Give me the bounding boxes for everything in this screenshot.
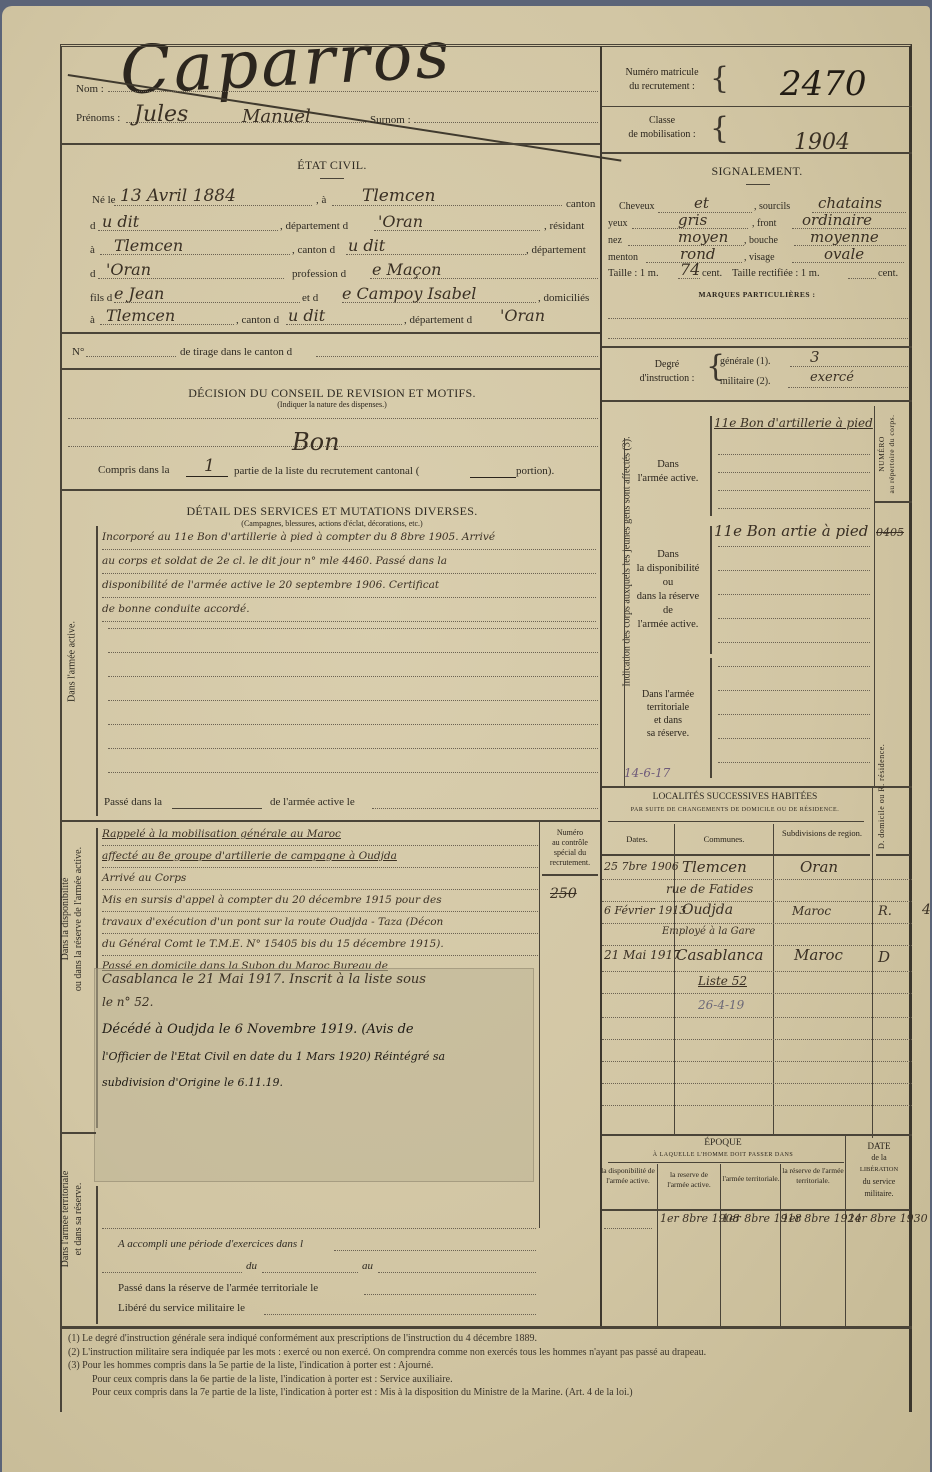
liberation-header-line: de la [848,1152,910,1164]
classe-label-line: Classe [606,114,718,128]
cheveux-value: et [694,194,709,212]
services-heading: DÉTAIL DES SERVICES ET MUTATIONS DIVERSE… [62,504,602,519]
deces-line: l'Officier de l'Etat Civil en date du 1 … [102,1044,532,1070]
domicilies-label: , domiciliés [538,292,589,304]
controle-header-line: spécial du [540,848,600,858]
localite-row: Liste 52 [602,972,912,994]
service-line: de bonne conduite accordé. [102,598,596,622]
militaire-label: militaire (2). [720,376,771,387]
profession-value: e Maçon [372,260,441,279]
date-naissance: 13 Avril 1884 [120,186,236,206]
localite-date: 21 Mai 1917 [604,948,681,962]
passe-suffix: de l'armée active le [270,796,355,808]
passe-label: Passé dans la [104,796,162,808]
services-side-label: Dans l'armée active. [67,582,78,742]
margin-note: 47 [922,902,932,918]
mere-label: et d [302,292,318,304]
revision-heading: DÉCISION DU CONSEIL DE REVISION ET MOTIF… [62,386,602,401]
generale-label: générale (1). [720,356,771,367]
corps-active-value: 11e Bon d'artillerie à pied [714,416,873,430]
canton-label: canton [566,198,595,210]
controle-header-line: recrutement. [540,858,600,868]
revision-subheading: (Indiquer la nature des dispenses.) [62,400,602,409]
yeux-label: yeux [608,218,627,229]
decision-value: Bon [292,428,340,456]
corps-dispo-label-line: la disponibilité [626,562,710,576]
numero-line: NUMÉRO [877,399,887,509]
localite-commune: Employé à la Gare [662,926,755,937]
dispo-line: Rappelé à la mobilisation générale au Ma… [102,824,538,846]
stamp-date: 14-6-17 [624,766,670,780]
numero-repertoire-label: NUMÉRO au répertoire du corps. [877,399,897,509]
prenoms-label: Prénoms : [76,112,120,124]
territoriale-side-line: Dans l'armée territoriale [59,1129,72,1309]
prenom-2: Manuel [242,106,311,127]
mere-value: e Campoy Isabel [342,284,476,303]
classe-label: Classe de mobilisation : [606,114,718,142]
localite-row: 6 Février 1913 Oudjda Maroc R. 47 [602,902,912,924]
pere-value: e Jean [114,284,164,303]
canton3-label: , canton d [236,314,279,326]
brace-icon: { [710,64,729,94]
controle-value: 250 [550,886,577,902]
liberation-header-line: DATE [848,1140,910,1152]
corps-dispo-label-line: l'armée active. [626,618,710,632]
nom-label: Nom : [76,83,104,95]
localite-row: rue de Fatides [602,880,912,902]
departement3-value: 'Oran [500,306,545,325]
service-line: disponibilité de l'armée active le 20 se… [102,574,596,598]
deces-line: subdivision d'Origine le 6.11.19. [102,1070,532,1096]
cheveux-label: Cheveux [619,201,655,212]
liberation-header-line: militaire. [848,1188,910,1200]
brace-icon: { [710,114,729,144]
ne-le-label: Né le [92,194,116,206]
sourcils-value: chatains [818,194,882,212]
numero-tirage-label: N° [72,346,84,358]
departement2-label: , département [526,244,586,256]
controle-header-line: au contrôle [540,838,600,848]
corps-terr-label-line: sa réserve. [626,727,710,740]
territoriale-side-label: Dans l'armée territoriale et dans sa rés… [59,1129,85,1309]
a-label: , à [316,194,326,206]
taille-cent: cent. [702,268,722,279]
localite-commune: Liste 52 [698,974,747,988]
front-value: ordinaire [802,211,872,229]
corps-terr-label-line: territoriale [626,701,710,714]
surnom-label: Surnom : [370,114,411,126]
matricule-label-line: du recrutement : [606,80,718,94]
localite-row: Employé à la Gare [602,924,912,946]
militaire-value: exercé [810,370,854,385]
liberation-header-line: LIBÉRATION [848,1164,910,1176]
au-label: au [362,1260,373,1272]
col-dates: Dates. [602,834,672,844]
du-label: du [246,1260,257,1272]
epoque-col-0: la disponibilité de l'armée active. [600,1166,656,1186]
numero-line: au répertoire du corps. [887,399,897,509]
departement2-prefix: d [90,268,96,280]
visage-value: ovale [824,245,864,263]
dispo-text: Rappelé à la mobilisation générale au Ma… [102,824,538,977]
deces-line: Décédé à Oudjda le 6 Novembre 1919. (Avi… [102,1016,532,1044]
col-communes: Communes. [676,834,772,844]
form-frame [60,44,912,1412]
canton2-value: u dit [348,236,385,255]
residence-prefix: à [90,244,95,256]
yeux-value: gris [678,211,707,229]
corps-dispo-label-line: dans la réserve [626,590,710,604]
canton-prefix: d [90,220,96,232]
localite-subdivision: Oran [800,858,838,876]
localite-dr: R. [878,904,892,919]
dispo-line: Casablanca le 21 Mai 1917. Inscrit à la … [102,968,532,992]
departement-label: , département d [280,220,348,232]
corps-dispo-label-line: ou [626,576,710,590]
marques-label: MARQUES PARTICULIÈRES : [602,290,912,299]
corps-dispo-label-line: Dans [626,548,710,562]
localite-dr: D [878,948,890,966]
menton-label: menton [608,252,638,263]
corps-dispo-label: Dans la disponibilité ou dans la réserve… [626,548,710,632]
taille-label: Taille : 1 m. [608,268,659,279]
localite-row: 26-4-19 [602,994,912,1018]
localites-heading: LOCALITÉS SUCCESSIVES HABITÉES [600,792,870,802]
sourcils-label: , sourcils [754,201,790,212]
footnote: Pour ceux compris dans la 7e partie de l… [68,1386,908,1400]
localite-commune: Oudjda [682,902,733,918]
corps-territoriale-label: Dans l'armée territoriale et dans sa rés… [626,688,710,740]
footnotes: (1) Le degré d'instruction générale sera… [68,1332,908,1400]
localite-subdivision: Maroc [794,946,843,964]
departement2-value: 'Oran [106,260,151,279]
domicile-prefix: à [90,314,95,326]
liberation-value: 1er 8bre 1930 [848,1212,928,1225]
taille-value: 74 [680,260,700,279]
col-subdivisions: Subdivisions de region. [776,828,868,839]
localite-commune: 26-4-19 [698,998,744,1012]
corps-dispo-value: 11e Bon artie à pied [714,522,868,540]
taille-rect-label: Taille rectifiée : 1 m. [732,268,820,279]
compris-suffix: partie de la liste du recrutement canton… [234,465,419,477]
corps-active-label: Dans l'armée active. [626,458,710,486]
localite-date: 6 Février 1913 [604,904,686,917]
matricule-value: 2470 [780,64,867,104]
departement3-label: , département d [404,314,472,326]
dispo-line: Arrivé au Corps [102,868,538,890]
dispo-line: Mis en sursis d'appel à compter du 20 dé… [102,890,538,912]
epoque-subheading: À LAQUELLE L'HOMME DOIT PASSER DANS [600,1152,846,1158]
localites-subheading: PAR SUITE DE CHANGEMENTS DE DOMICILE OU … [600,807,870,813]
bouche-label: , bouche [744,235,778,246]
corps-terr-label-line: et dans [626,714,710,727]
nez-value: moyen [678,228,728,246]
localites-rows: 25 7bre 1906 Tlemcen Oran rue de Fatides… [602,858,912,1106]
prenom-1: Jules [134,102,188,127]
libere-label: Libéré du service militaire le [118,1302,245,1314]
liberation-header-line: du service [848,1176,910,1188]
footnote: Pour ceux compris dans la 6e partie de l… [68,1373,908,1387]
localite-commune: Tlemcen [682,858,747,876]
taille-rect-cent: cent. [878,268,898,279]
lieu-naissance: Tlemcen [362,186,436,206]
controle-header: Numéro au contrôle spécial du recrutemen… [540,828,600,868]
epoque-col-1: la reserve de l'armée active. [660,1170,718,1190]
liberation-header: DATE de la LIBÉRATION du service militai… [848,1140,910,1200]
exercices-label: A accompli une période d'exercices dans … [118,1238,303,1250]
corps-dispo-numero: 0405 [876,526,904,539]
corps-active-label-line: Dans [626,458,710,472]
domicile-value: Tlemcen [106,306,175,325]
dispo-line: du Général Comt le T.M.E. N° 15405 bis d… [102,934,538,956]
canton-value: u dit [102,212,139,231]
matricule-label: Numéro matricule du recrutement : [606,66,718,94]
generale-value: 3 [810,348,820,366]
profession-label: profession d [292,268,346,280]
corps-active-label-line: l'armée active. [626,472,710,486]
canton3-value: u dit [288,306,325,325]
residence-value: Tlemcen [114,236,183,255]
territoriale-side-line: et dans sa réserve. [72,1129,85,1309]
tirage-label: de tirage dans le canton d [180,346,292,358]
reserve-territoriale-label: Passé dans la réserve de l'armée territo… [118,1282,318,1294]
portion-label: portion). [516,465,554,477]
compris-label: Compris dans la [98,464,170,476]
document-page: Caparros Nom : Prénoms : Jules Manuel Su… [2,6,930,1472]
bouche-value: moyenne [810,228,879,246]
dr-column-header: D. domicile ou R. résidence. [877,789,887,849]
nez-label: nez [608,235,622,246]
epoque-col-2: l'armée territoriale. [722,1174,780,1184]
departement-value: 'Oran [378,212,423,231]
footnote: (3) Pour les hommes compris dans la 5e p… [68,1359,908,1373]
epoque-col-3: la réserve de l'armée territoriale. [782,1166,844,1186]
dispo-side-line: ou dans la réserve de l'armée active. [72,809,85,1029]
epoque-heading: ÉPOQUE [600,1138,846,1148]
fils-label: fils d [90,292,112,304]
dispo-line: affecté au 8e groupe d'artillerie de cam… [102,846,538,868]
dispo-side-line: Dans la disponibilité [59,809,72,1029]
services-text: Incorporé au 11e Bon d'artillerie à pied… [102,526,596,622]
compris-value: 1 [204,456,215,476]
corps-dispo-label-line: de [626,604,710,618]
service-line: au corps et soldat de 2e cl. le dit jour… [102,550,596,574]
dispo-side-label: Dans la disponibilité ou dans la réserve… [59,809,85,1029]
dispo-line: le n° 52. [102,992,532,1012]
localite-subdivision: Maroc [792,904,831,918]
visage-label: , visage [744,252,775,263]
footnote: (2) L'instruction militaire sera indiqué… [68,1346,908,1360]
etat-civil-heading: ÉTAT CIVIL. [62,158,602,173]
dispo-line: travaux d'exécution d'un pont sur la rou… [102,912,538,934]
localite-commune: rue de Fatides [666,882,753,896]
localite-commune: Casablanca [676,946,763,964]
pasted-slip-text: Casablanca le 21 Mai 1917. Inscrit à la … [102,968,532,1096]
service-line: Incorporé au 11e Bon d'artillerie à pied… [102,526,596,550]
residant-label: , résidant [544,220,584,232]
footnote: (1) Le degré d'instruction générale sera… [68,1332,908,1346]
matricule-label-line: Numéro matricule [606,66,718,80]
controle-header-line: Numéro [540,828,600,838]
corps-terr-label-line: Dans l'armée [626,688,710,701]
localite-date: 25 7bre 1906 [604,860,679,873]
canton2-label: , canton d [292,244,335,256]
front-label: , front [752,218,776,229]
localite-row: 21 Mai 1917 Casablanca Maroc D [602,946,912,972]
signalement-heading: SIGNALEMENT. [602,164,912,179]
localite-row: 25 7bre 1906 Tlemcen Oran [602,858,912,880]
classe-label-line: de mobilisation : [606,128,718,142]
